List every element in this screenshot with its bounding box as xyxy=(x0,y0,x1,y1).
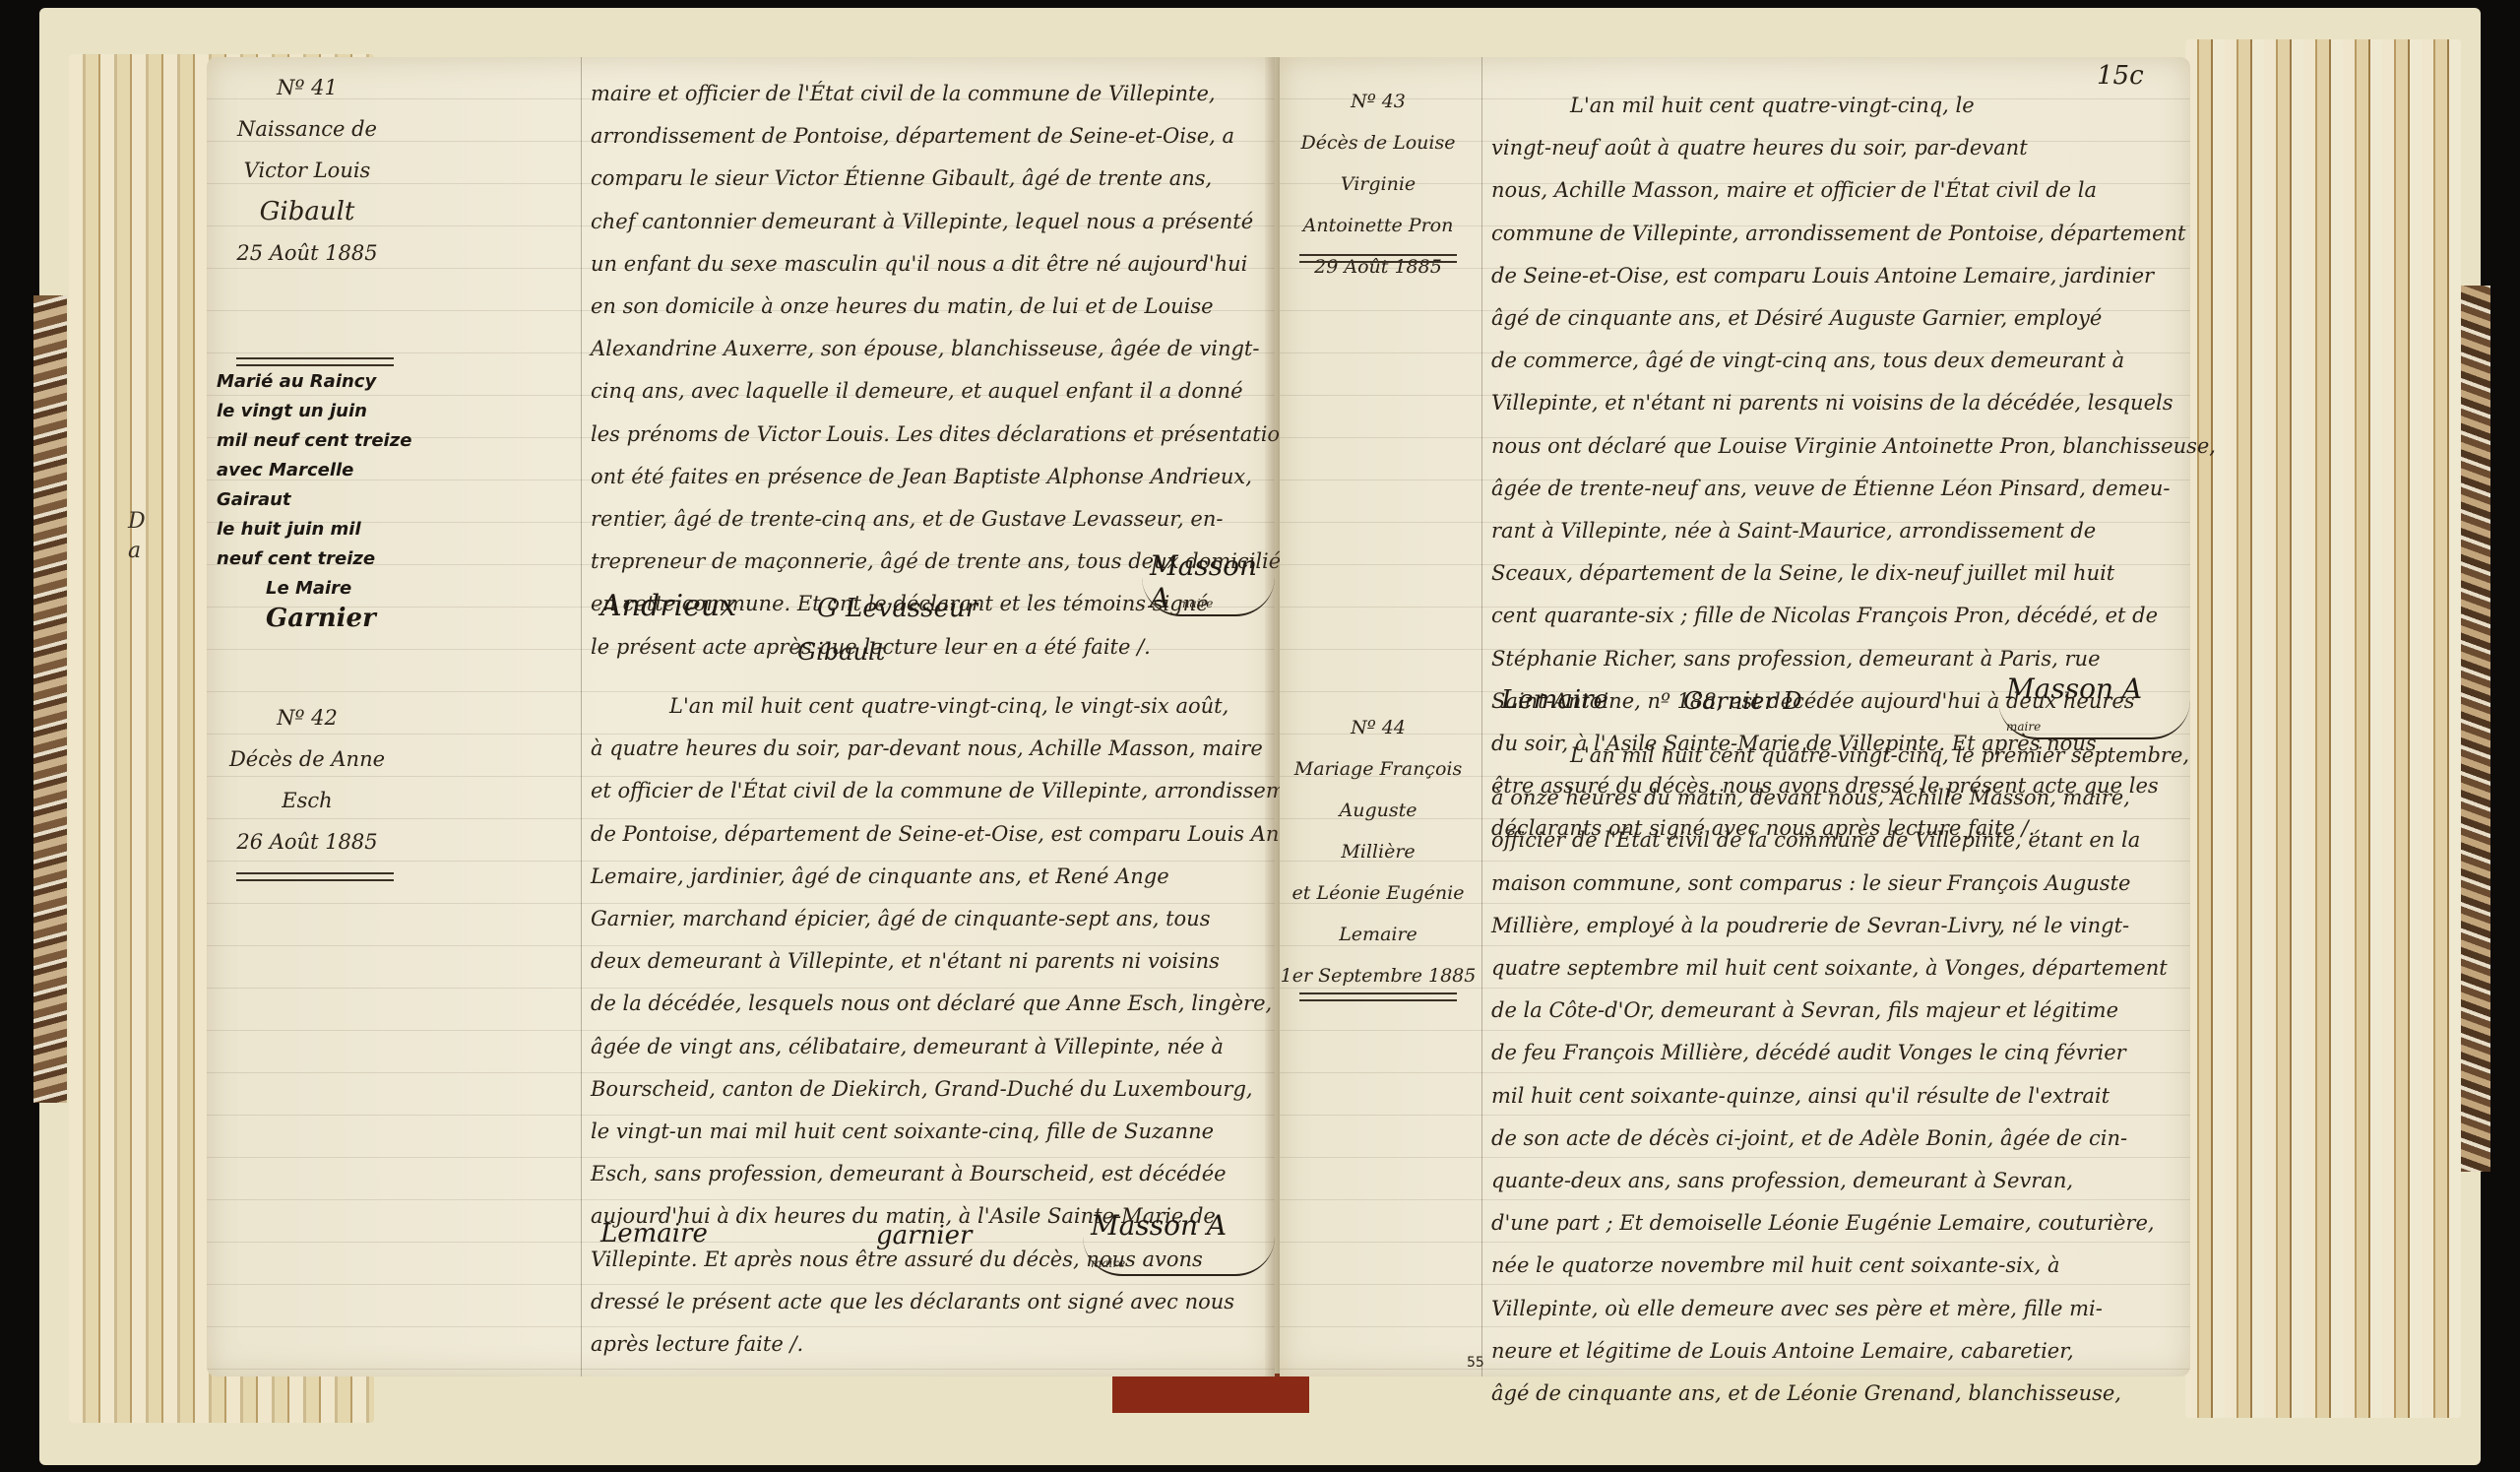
annotation-signature: Garnier xyxy=(217,604,413,633)
signature-andrieux: Andrieux xyxy=(600,589,736,623)
signature-garnier: garnier xyxy=(876,1221,972,1250)
entry-date: 26 Août 1885 xyxy=(219,821,396,863)
marginal-annotation: Marié au Raincy le vingt un juin mil neu… xyxy=(217,367,413,633)
entry-divider xyxy=(1299,254,1457,263)
entry-divider xyxy=(236,357,394,366)
entry-date: 25 Août 1885 xyxy=(219,232,396,274)
signature-mayor: Masson A maire xyxy=(1998,672,2190,739)
entry-number: Nº 43 xyxy=(1280,81,1477,122)
entry-date: 1er Septembre 1885 xyxy=(1280,955,1477,996)
signature-garnier: Garnier D xyxy=(1683,687,1802,715)
signature-mayor: Masson A maire xyxy=(1083,1209,1275,1276)
margin-rule xyxy=(581,57,582,1376)
entry-number: Nº 41 xyxy=(219,67,396,108)
act-44-body: L'an mil huit cent quatre-vingt-cinq, le… xyxy=(1491,735,2189,1415)
margin-rule xyxy=(1481,57,1482,1376)
left-page: Nº 41 Naissance de Victor Louis Gibault … xyxy=(207,57,1275,1376)
entry-number: Nº 42 xyxy=(219,697,396,738)
entry-divider xyxy=(1299,992,1457,1001)
entry-number: Nº 44 xyxy=(1280,707,1477,748)
signature-lemaire: Lemaire xyxy=(600,1219,708,1248)
entry-divider xyxy=(236,872,394,881)
page-stack-right xyxy=(2185,39,2461,1418)
spine-binding xyxy=(1112,1374,1309,1413)
page-number: 55 xyxy=(1467,1355,1484,1371)
signature-gibault: Gibault xyxy=(797,638,885,666)
signature-levasseur: G Levasseur xyxy=(817,594,977,623)
right-page: 15c Nº 43 Décès de Louise Virginie Antoi… xyxy=(1280,57,2190,1376)
entry-44-header: Nº 44 Mariage François Auguste Millière … xyxy=(1280,707,1477,996)
signature-mayor: Masson A maire xyxy=(1142,549,1275,616)
entry-42-header: Nº 42 Décès de Anne Esch 26 Août 1885 xyxy=(219,697,396,863)
edge-fragment: D a xyxy=(128,507,146,566)
signature-lemaire: Lemaire xyxy=(1501,685,1608,715)
entry-41-header: Nº 41 Naissance de Victor Louis Gibault … xyxy=(219,67,396,274)
entry-date: 29 Août 1885 xyxy=(1280,246,1477,288)
marbled-endpaper-left xyxy=(33,295,67,1103)
